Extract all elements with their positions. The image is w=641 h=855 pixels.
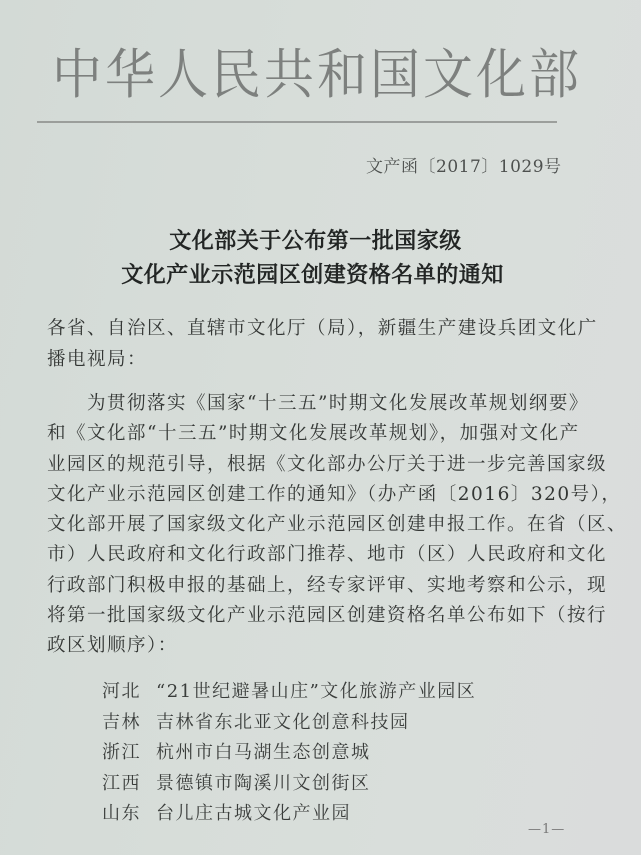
body-line: 业园区的规范引导，根据《文化部办公厅关于进一步完善国家级 [47, 450, 607, 481]
body-line: 和《文化部“十三五”时期文化发展改革规划》，加强对文化产 [47, 419, 580, 450]
park-name: “21世纪避暑山庄”文化旅游产业园区 [156, 677, 476, 708]
park-province: 吉林 [102, 708, 152, 739]
park-name: 台儿庄古城文化产业园 [156, 799, 351, 830]
body-line: 行政部门积极申报的基础上，经专家评审、实地考察和公示，现 [47, 571, 607, 602]
park-province: 河北 [102, 677, 152, 708]
park-province: 浙江 [102, 738, 152, 769]
park-province: 江西 [102, 769, 152, 800]
body-line: 为贯彻落实《国家“十三五”时期文化发展改革规划纲要》 [47, 389, 589, 420]
body-line: 文化产业示范园区创建工作的通知》（办产函〔2016〕320号）， [47, 480, 621, 511]
document-title-line-1: 文化部关于公布第一批国家级 [0, 224, 636, 255]
park-list-item: 吉林 吉林省东北亚文化创意科技园 [102, 708, 476, 739]
park-name: 杭州市白马湖生态创意城 [156, 738, 371, 769]
document-page: 中华人民共和国文化部 文产函〔2017〕1029号 文化部关于公布第一批国家级 … [0, 0, 641, 855]
letterhead-divider [37, 121, 557, 123]
park-list-item: 江西 景德镇市陶溪川文创街区 [102, 769, 476, 800]
letterhead: 中华人民共和国文化部 [52, 42, 582, 107]
body-line: 将第一批国家级文化产业示范园区创建资格名单公布如下（按行 [47, 601, 607, 632]
park-list-item: 浙江 杭州市白马湖生态创意城 [102, 738, 476, 769]
park-name: 吉林省东北亚文化创意科技园 [156, 708, 410, 739]
park-list-item: 山东 台儿庄古城文化产业园 [102, 799, 476, 830]
addressee-line-2: 播电视局： [47, 345, 147, 376]
park-province: 山东 [102, 799, 152, 830]
body-line: 文化部开展了国家级文化产业示范园区创建申报工作。在省（区、 [47, 510, 627, 541]
document-number: 文产函〔2017〕1029号 [366, 152, 562, 177]
document-title-line-2: 文化产业示范园区创建资格名单的通知 [0, 258, 633, 289]
body-line: 政区划顺序）： [47, 631, 178, 662]
park-list: 河北 “21世纪避暑山庄”文化旅游产业园区 吉林 吉林省东北亚文化创意科技园 浙… [102, 677, 476, 830]
park-list-item: 河北 “21世纪避暑山庄”文化旅游产业园区 [102, 677, 476, 708]
body-line: 市）人民政府和文化行政部门推荐、地市（区）人民政府和文化 [47, 540, 607, 571]
park-name: 景德镇市陶溪川文创街区 [156, 769, 371, 800]
page-number: —1— [528, 822, 565, 837]
addressee-line-1: 各省、自治区、直辖市文化厅（局），新疆生产建设兵团文化广 [47, 314, 598, 345]
